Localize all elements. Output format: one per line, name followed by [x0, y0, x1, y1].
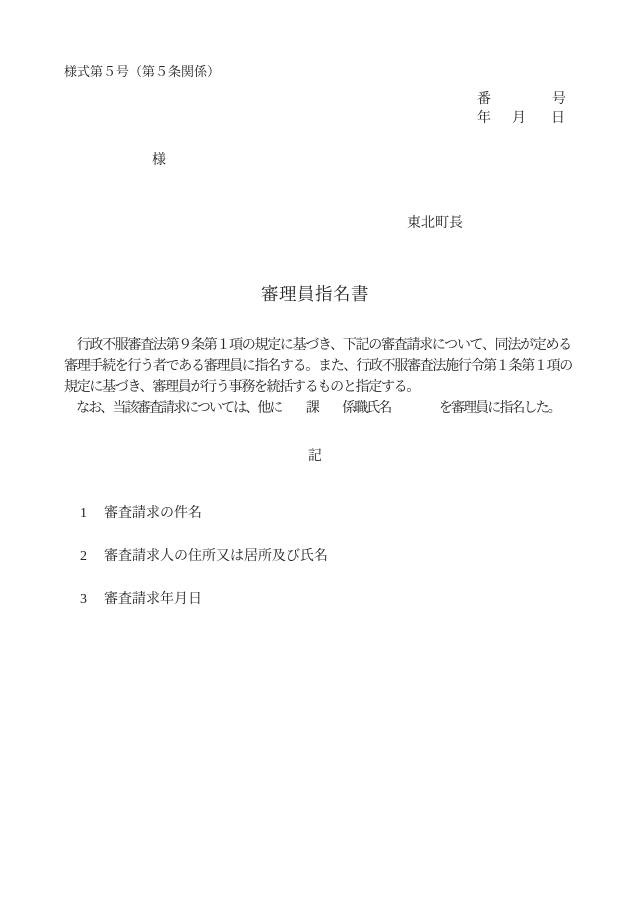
date-year-label: 年	[477, 107, 491, 127]
body-line: 審理手続を行う者である審理員に指名する。また、行政不服審査法施行令第１条第１項の	[64, 356, 604, 377]
document-number-label: 番	[477, 88, 491, 108]
body-line: 行政不服審査法第９条第１項の規定に基づき、下記の審査請求について、同法が定める	[64, 335, 604, 356]
item-label: 審査請求年月日	[104, 592, 202, 607]
date-month-label: 月	[512, 107, 526, 127]
list-item: 3審査請求年月日	[66, 572, 202, 624]
body-line: 規定に基づき、審理員が行う事務を統括するものと指定する。	[64, 377, 604, 398]
issuer-name: 東北町長	[407, 212, 463, 232]
document-page: 様式第５号（第５条関係） 番 号 年 月 日 様 東北町長 審理員指名書 行政不…	[0, 0, 630, 903]
item-number: 1	[80, 506, 104, 522]
document-number-suffix: 号	[552, 88, 566, 108]
record-marker: 記	[0, 445, 630, 465]
body-line: なお、当該審査請求については、他に 課 係職氏名 を審理員に指名した。	[64, 398, 604, 419]
item-label: 審査請求人の住所又は居所及び氏名	[104, 549, 328, 564]
date-day-label: 日	[551, 107, 565, 127]
addressee-suffix: 様	[152, 149, 166, 169]
item-number: 3	[80, 592, 104, 608]
item-number: 2	[80, 549, 104, 565]
document-title: 審理員指名書	[0, 281, 630, 306]
form-number-label: 様式第５号（第５条関係）	[64, 61, 220, 80]
item-label: 審査請求の件名	[104, 506, 202, 521]
